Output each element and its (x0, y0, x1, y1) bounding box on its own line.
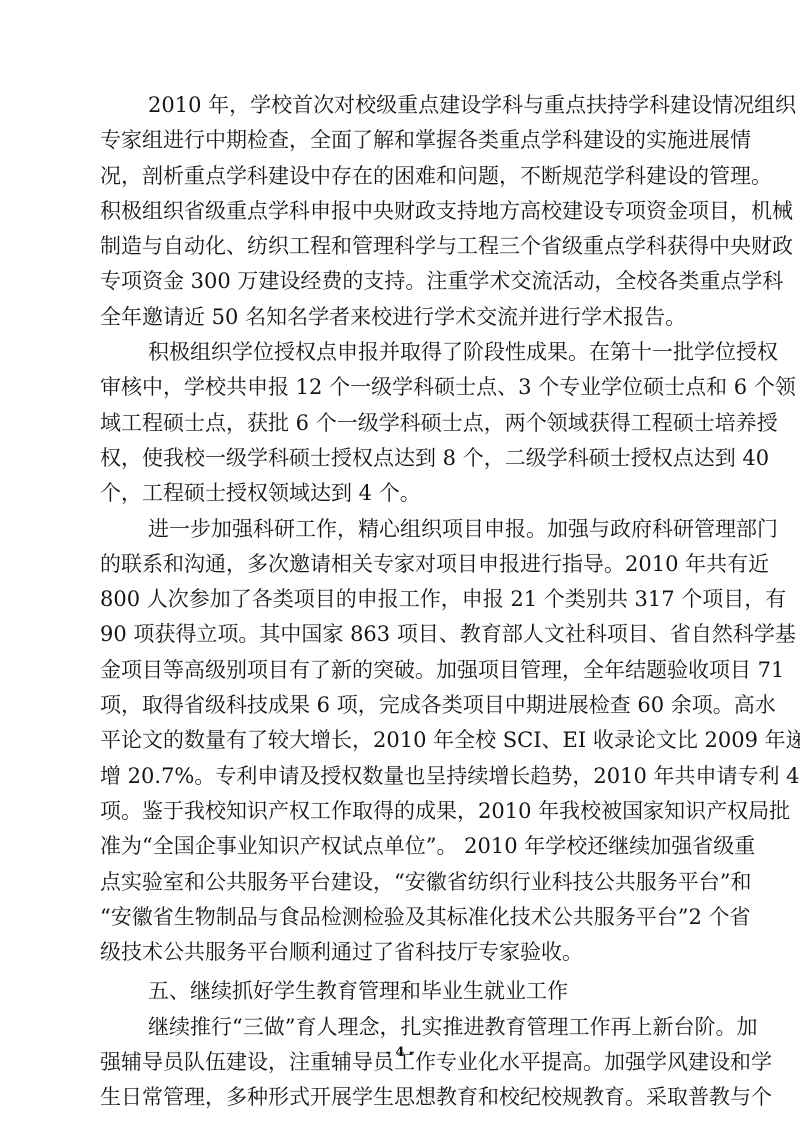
paragraph-discipline-construction: 2010 年，学校首次对校级重点建设学科与重点扶持学科建设情况组织 专家组进行中… (100, 88, 703, 335)
text-line: “安徽省生物制品与食品检测检验及其标准化技术公共服务平台”2 个省 (100, 900, 703, 935)
document-body: 2010 年，学校首次对校级重点建设学科与重点扶持学科建设情况组织 专家组进行中… (100, 88, 703, 1116)
text-line: 权，使我校一级学科硕士授权点达到 8 个，二级学科硕士授权点达到 40 (100, 441, 703, 476)
text-line: 增 20.7%。专利申请及授权数量也呈持续增长趋势，2010 年共申请专利 41 (100, 759, 703, 794)
text-line: 制造与自动化、纺织工程和管理科学与工程三个省级重点学科获得中央财政 (100, 229, 703, 264)
text-line: 审核中，学校共申报 12 个一级学科硕士点、3 个专业学位硕士点和 6 个领 (100, 370, 703, 405)
text-line: 积极组织省级重点学科申报中央财政支持地方高校建设专项资金项目，机械 (100, 194, 703, 229)
paragraph-student-management: 继续推行“三做”育人理念，扎实推进教育管理工作再上新台阶。加 强辅导员队伍建设，… (100, 1010, 703, 1116)
text-line: 项。鉴于我校知识产权工作取得的成果，2010 年我校被国家知识产权局批 (100, 794, 703, 829)
text-line: 准为“全国企事业知识产权试点单位”。 2010 年学校还继续加强省级重 (100, 829, 703, 864)
text-line: 继续推行“三做”育人理念，扎实推进教育管理工作再上新台阶。加 (100, 1010, 703, 1045)
paragraph-research-work: 进一步加强科研工作，精心组织项目申报。加强与政府科研管理部门 的联系和沟通，多次… (100, 512, 703, 971)
text-line: 全年邀请近 50 名知名学者来校进行学术交流并进行学术报告。 (100, 300, 703, 335)
text-line: 800 人次参加了各类项目的申报工作，申报 21 个类别共 317 个项目，有 (100, 582, 703, 617)
text-line: 的联系和沟通，多次邀请相关专家对项目申报进行指导。2010 年共有近 (100, 547, 703, 582)
text-line: 生日常管理，多种形式开展学生思想教育和校纪校规教育。采取普教与个 (100, 1080, 703, 1115)
text-line: 积极组织学位授权点申报并取得了阶段性成果。在第十一批学位授权 (100, 335, 703, 370)
text-line: 况，剖析重点学科建设中存在的困难和问题，不断规范学科建设的管理。 (100, 159, 703, 194)
section-heading: 五、继续抓好学生教育管理和毕业生就业工作 (100, 974, 703, 1009)
text-line: 域工程硕士点，获批 6 个一级学科硕士点，两个领域获得工程硕士培养授 (100, 406, 703, 441)
paragraph-degree-authorization: 积极组织学位授权点申报并取得了阶段性成果。在第十一批学位授权 审核中，学校共申报… (100, 335, 703, 511)
text-line: 2010 年，学校首次对校级重点建设学科与重点扶持学科建设情况组织 (100, 88, 703, 123)
text-line: 平论文的数量有了较大增长，2010 年全校 SCI、EI 收录论文比 2009 … (100, 723, 703, 758)
text-line: 项，取得省级科技成果 6 项，完成各类项目中期进展检查 60 余项。高水 (100, 688, 703, 723)
text-line: 点实验室和公共服务平台建设，“安徽省纺织行业科技公共服务平台”和 (100, 865, 703, 900)
text-line: 进一步加强科研工作，精心组织项目申报。加强与政府科研管理部门 (100, 512, 703, 547)
text-line: 专家组进行中期检查，全面了解和掌握各类重点学科建设的实施进展情 (100, 123, 703, 158)
text-line: 金项目等高级别项目有了新的突破。加强项目管理，全年结题验收项目 71 (100, 653, 703, 688)
page-number: - 4 - (0, 1045, 800, 1060)
text-line: 级技术公共服务平台顺利通过了省科技厅专家验收。 (100, 935, 703, 970)
document-page: 2010 年，学校首次对校级重点建设学科与重点扶持学科建设情况组织 专家组进行中… (0, 0, 800, 1131)
text-line: 个，工程硕士授权领域达到 4 个。 (100, 476, 703, 511)
text-line: 专项资金 300 万建设经费的支持。注重学术交流活动，全校各类重点学科 (100, 264, 703, 299)
text-line: 90 项获得立项。其中国家 863 项目、教育部人文社科项目、省自然科学基 (100, 617, 703, 652)
